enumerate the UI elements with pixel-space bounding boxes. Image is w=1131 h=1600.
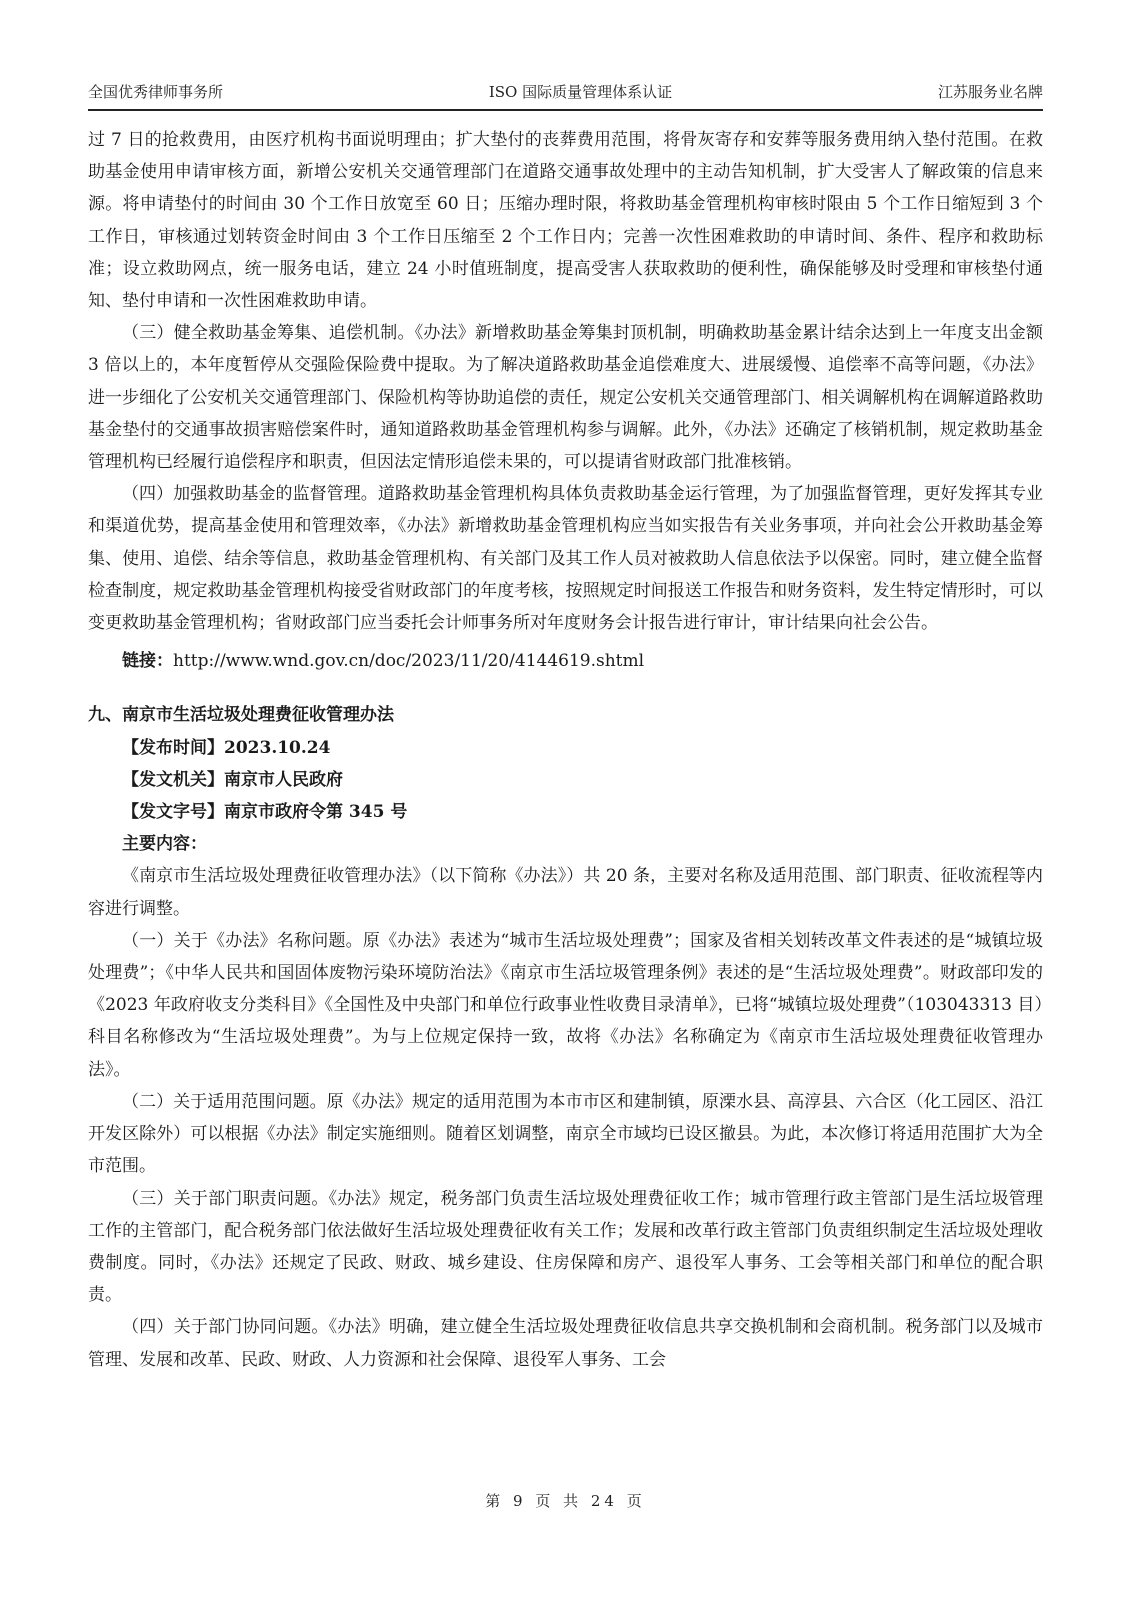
header-divider (88, 109, 1043, 111)
page-header: 全国优秀律师事务所 ISO 国际质量管理体系认证 江苏服务业名牌 (88, 76, 1043, 106)
publish-date-line: 【发布时间】2023.10.24 (88, 732, 1043, 764)
main-content-label: 主要内容： (88, 828, 1043, 860)
paragraph: （三）关于部门职责问题。《办法》规定，税务部门负责生活垃圾处理费征收工作；城市管… (88, 1183, 1043, 1312)
document-number-value: 南京市政府令第 345 号 (224, 802, 407, 822)
issuer-line: 【发文机关】南京市人民政府 (88, 764, 1043, 796)
page-number: 第 9 页 共 24 页 (0, 1490, 1131, 1511)
section-title: 九、南京市生活垃圾处理费征收管理办法 (88, 699, 1043, 731)
paragraph: （一）关于《办法》名称问题。原《办法》表述为“城市生活垃圾处理费”；国家及省相关… (88, 925, 1043, 1086)
header-left-text: 全国优秀律师事务所 (88, 81, 223, 102)
header-center-text: ISO 国际质量管理体系认证 (489, 81, 672, 102)
paragraph: 《南京市生活垃圾处理费征收管理办法》（以下简称《办法》）共 20 条，主要对名称… (88, 860, 1043, 924)
document-number-label: 【发文字号】 (122, 802, 224, 822)
document-body: 过 7 日的抢救费用，由医疗机构书面说明理由；扩大垫付的丧葬费用范围，将骨灰寄存… (88, 124, 1043, 1376)
issuer-label: 【发文机关】 (122, 770, 224, 790)
document-number-line: 【发文字号】南京市政府令第 345 号 (88, 796, 1043, 828)
source-link-line: 链接：http://www.wnd.gov.cn/doc/2023/11/20/… (88, 645, 1043, 677)
paragraph: （二）关于适用范围问题。原《办法》规定的适用范围为本市市区和建制镇，原溧水县、高… (88, 1086, 1043, 1183)
paragraph: （四）关于部门协同问题。《办法》明确，建立健全生活垃圾处理费征收信息共享交换机制… (88, 1311, 1043, 1375)
publish-date-value: 2023.10.24 (224, 738, 330, 758)
issuer-value: 南京市人民政府 (224, 770, 343, 790)
header-right-text: 江苏服务业名牌 (938, 81, 1043, 102)
paragraph: 过 7 日的抢救费用，由医疗机构书面说明理由；扩大垫付的丧葬费用范围，将骨灰寄存… (88, 124, 1043, 317)
paragraph: （三）健全救助基金筹集、追偿机制。《办法》新增救助基金筹集封顶机制，明确救助基金… (88, 317, 1043, 478)
link-label: 链接： (122, 651, 173, 671)
source-link[interactable]: http://www.wnd.gov.cn/doc/2023/11/20/414… (173, 651, 644, 671)
paragraph: （四）加强救助基金的监督管理。道路救助基金管理机构具体负责救助基金运行管理，为了… (88, 478, 1043, 639)
publish-date-label: 【发布时间】 (122, 738, 224, 758)
